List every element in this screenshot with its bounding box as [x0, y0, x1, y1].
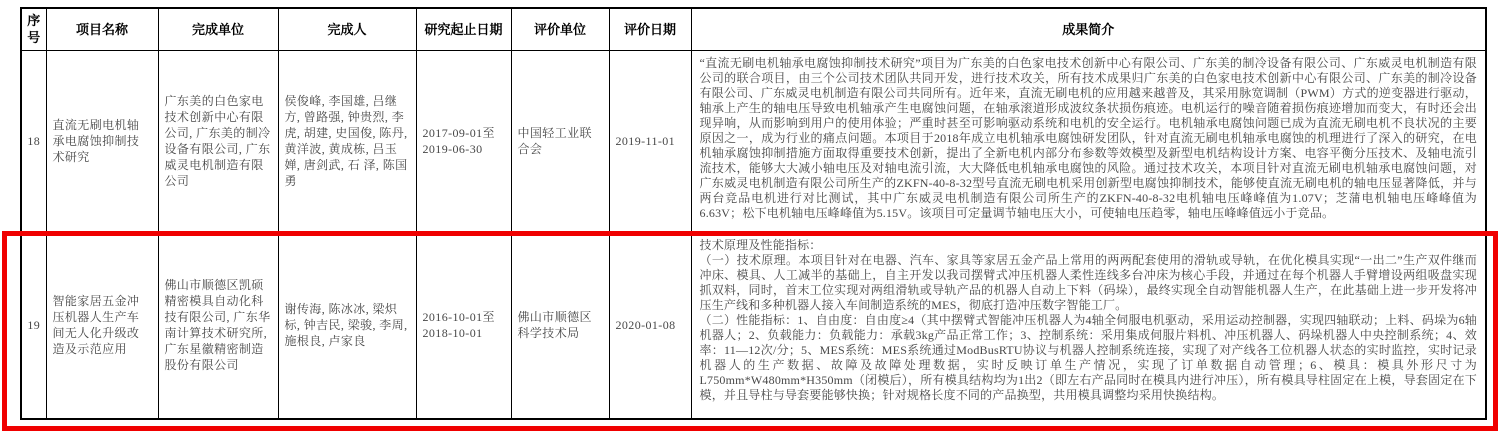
header-evaluation-unit: 评价单位 [511, 8, 609, 50]
header-completers: 完成人 [278, 8, 416, 50]
header-evaluation-date: 评价日期 [609, 8, 691, 50]
summary-paragraph: （一）技术原理。本项目针对在电器、汽车、家具等家居五金产品上常用的两两配套使用的… [700, 253, 1478, 313]
summary-cell: 技术原理及性能指标： （一）技术原理。本项目针对在电器、汽车、家具等家居五金产品… [691, 232, 1486, 419]
summary-cell: “直流无刷电机轴承电腐蚀抑制技术研究”项目为广东美的白色家电技术创新中心有限公司… [691, 50, 1486, 232]
research-period-cell: 2016-10-01至 2018-10-01 [416, 232, 511, 419]
summary-paragraph: “直流无刷电机轴承电腐蚀抑制技术研究”项目为广东美的白色家电技术创新中心有限公司… [700, 56, 1478, 221]
seq-cell: 19 [21, 232, 46, 419]
completers-cell: 侯俊峰, 李国雄, 吕继方, 曾路强, 钟贵烈, 李虎, 胡建, 史国俊, 陈丹… [278, 50, 416, 232]
summary-paragraph: 技术原理及性能指标： [700, 238, 1478, 253]
evaluation-unit-cell: 中国轻工业联合会 [511, 50, 609, 232]
table-row-19: 19 智能家居五金冲压机器人生产车间无人化升级改造及示范应用 佛山市顺德区凯硕精… [21, 232, 1486, 419]
evaluation-unit-cell: 佛山市顺德区科学技术局 [511, 232, 609, 419]
completing-unit-cell: 广东美的白色家电技术创新中心有限公司, 广东美的制冷设备有限公司, 广东威灵电机… [158, 50, 278, 232]
evaluation-date-cell: 2019-11-01 [609, 50, 691, 232]
projects-table-container: 序号 项目名称 完成单位 完成人 研究起止日期 评价单位 评价日期 成果简介 1… [20, 7, 1487, 420]
header-seq: 序号 [21, 8, 46, 50]
evaluation-date-cell: 2020-01-08 [609, 232, 691, 419]
research-period-cell: 2017-09-01至 2019-06-30 [416, 50, 511, 232]
header-completing-unit: 完成单位 [158, 8, 278, 50]
projects-table: 序号 项目名称 完成单位 完成人 研究起止日期 评价单位 评价日期 成果简介 1… [20, 7, 1487, 420]
summary-paragraph: （二）性能指标：1、自由度：自由度≥4（其中摆臂式智能冲压机器人为4轴全伺服电机… [700, 313, 1478, 403]
project-name-cell: 直流无刷电机轴承电腐蚀抑制技术研究 [46, 50, 158, 232]
header-research-period: 研究起止日期 [416, 8, 511, 50]
header-summary: 成果简介 [691, 8, 1486, 50]
completing-unit-cell: 佛山市顺德区凯硕精密模具自动化科技有限公司, 广东华南计算技术研究所, 广东星徽… [158, 232, 278, 419]
header-row: 序号 项目名称 完成单位 完成人 研究起止日期 评价单位 评价日期 成果简介 [21, 8, 1486, 50]
completers-cell: 谢传海, 陈冰冰, 梁炽标, 钟吉民, 梁骏, 李周, 施根良, 卢家良 [278, 232, 416, 419]
table-row-18: 18 直流无刷电机轴承电腐蚀抑制技术研究 广东美的白色家电技术创新中心有限公司,… [21, 50, 1486, 232]
seq-cell: 18 [21, 50, 46, 232]
project-name-cell: 智能家居五金冲压机器人生产车间无人化升级改造及示范应用 [46, 232, 158, 419]
header-project-name: 项目名称 [46, 8, 158, 50]
